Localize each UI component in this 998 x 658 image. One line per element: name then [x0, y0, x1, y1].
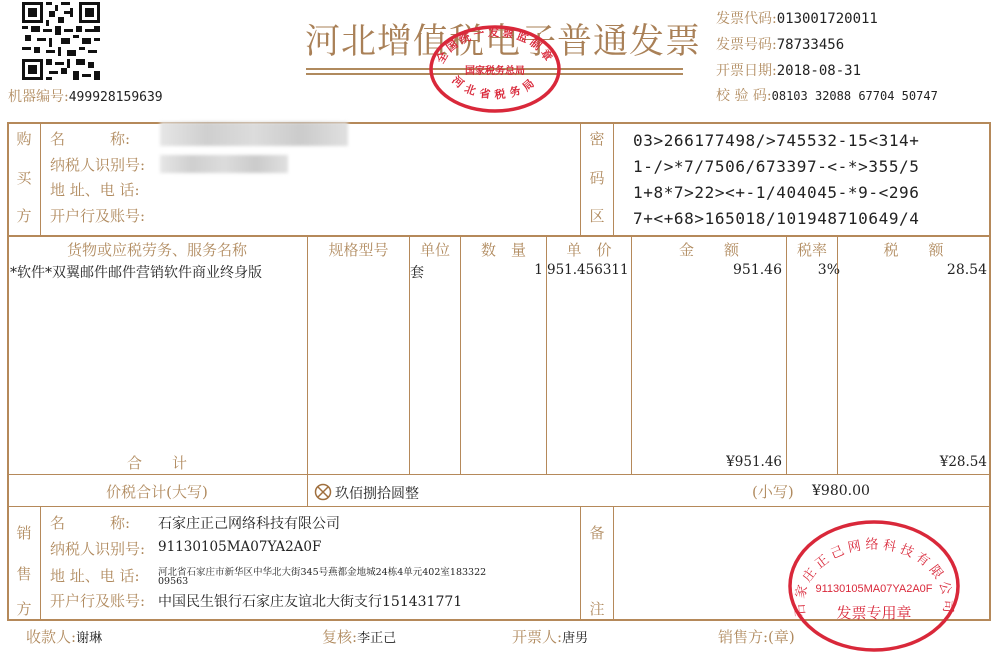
svg-text:全国统一发票监制章: 全国统一发票监制章: [433, 25, 557, 66]
col-divider-spec: [307, 236, 308, 475]
issuer: 开票人:唐男: [512, 626, 588, 647]
col-header-rate: 税率: [787, 239, 837, 260]
seller-address-line2: 09563: [158, 576, 188, 587]
password-label-divider: [613, 122, 614, 236]
buyer-tax-id-label: 纳税人识别号:: [50, 154, 145, 175]
check-code: 校 验 码:08103 32088 67704 50747: [716, 85, 938, 105]
official-stamp-middle-text: 国家税务总局: [465, 64, 525, 77]
official-stamp: 全国统一发票监制章 国家税务总局 河北省税务局: [428, 24, 562, 114]
grand-total-small-value: ¥980.00: [812, 483, 870, 499]
item-qty: 1: [461, 262, 543, 278]
total-amount: ¥951.46: [632, 454, 782, 470]
check-code-label: 校 验 码:: [716, 88, 772, 104]
cross-circle-icon: [314, 483, 332, 501]
payee-label: 收款人:: [26, 628, 76, 646]
invoice-number-value: 78733456: [777, 37, 844, 53]
seller-side-label-2: 售: [14, 563, 34, 584]
invoice-date-label: 开票日期:: [716, 63, 777, 79]
table-border-right: [989, 122, 991, 620]
buyer-name-redacted: [160, 122, 348, 146]
seller-bank: 中国民生银行石家庄友谊北大街支行151431771: [158, 591, 462, 611]
remarks-label-divider: [613, 507, 614, 620]
password-line-3: 1+8*7>22><+-1/404045-*9-<296: [633, 183, 920, 202]
seller-address: 河北省石家庄市新华区中华北大街345号燕都金地城24栋4单元402室183322: [158, 564, 486, 578]
item-amount: 951.46: [632, 262, 782, 278]
password-line-2: 1-/>*7/7506/673397-<-*>355/5: [633, 157, 920, 176]
table-border-left: [7, 122, 9, 620]
total-tax: ¥28.54: [838, 454, 987, 470]
reviewer-value: 李正己: [357, 631, 396, 646]
seller-stamp-tax-id: 91130105MA07YA2A0F: [815, 583, 932, 595]
invoice-number: 发票号码:78733456: [716, 34, 844, 54]
seller-bank-label: 开户行及账号:: [50, 590, 145, 611]
invoice-date-value: 2018-08-31: [777, 63, 861, 79]
invoice-number-label: 发票号码:: [716, 37, 777, 53]
password-line-4: 7+<+68>165018/101948710649/4: [633, 209, 920, 228]
official-stamp-bottom-text: 河北省税务局: [449, 73, 540, 102]
payee: 收款人:谢琳: [26, 626, 102, 647]
seller-side-label-3: 方: [14, 598, 34, 619]
remarks-side-label-2: 注: [587, 598, 607, 619]
invoice-date: 开票日期:2018-08-31: [716, 60, 861, 80]
grand-total-divider: [307, 475, 308, 507]
svg-text:河北省税务局: 河北省税务局: [449, 73, 540, 102]
buyer-bottom-line: [7, 235, 991, 237]
col-header-unit: 单位: [410, 239, 460, 260]
buyer-side-label-1: 购: [14, 128, 34, 149]
buyer-tax-id-redacted: [160, 155, 288, 173]
check-code-value: 08103 32088 67704 50747: [772, 89, 938, 103]
item-rate: 3%: [787, 262, 840, 278]
col-header-price: 单 价: [547, 239, 631, 260]
seller-stamp-bottom-text: 发票专用章: [836, 604, 911, 622]
invoice-code-label: 发票代码:: [716, 11, 777, 27]
invoice-code-value: 013001720011: [777, 11, 878, 27]
col-header-spec: 规格型号: [308, 239, 409, 260]
qr-code: [22, 2, 100, 80]
buyer-bank-label: 开户行及账号:: [50, 205, 145, 226]
password-side-label-2: 码: [587, 167, 607, 188]
col-header-tax: 税 额: [838, 239, 989, 260]
item-unit: 套: [410, 262, 424, 282]
issuer-label: 开票人:: [512, 628, 562, 646]
issuer-value: 唐男: [562, 631, 588, 646]
remarks-left-divider: [580, 507, 581, 620]
buyer-label-divider: [40, 122, 41, 236]
item-name: *软件*双翼邮件邮件营销软件商业终身版: [10, 262, 262, 282]
buyer-side-label-2: 买: [14, 167, 34, 188]
total-row-line: [7, 474, 991, 475]
seller-address-label: 地 址、电 话:: [50, 565, 140, 586]
seller-tax-id-label: 纳税人识别号:: [50, 538, 145, 559]
total-label: 合 计: [8, 452, 306, 473]
buyer-address-label: 地 址、电 话:: [50, 179, 140, 200]
col-header-amount: 金 额: [632, 239, 786, 260]
machine-number-label: 机器编号:: [8, 89, 69, 105]
seller-side-label-1: 销: [14, 522, 34, 543]
seller-name-label: 名 称:: [50, 512, 130, 533]
col-header-qty: 数 量: [461, 239, 546, 260]
grand-total-words: 玖佰捌拾圆整: [335, 483, 419, 503]
machine-number: 机器编号:499928159639: [8, 86, 163, 106]
password-line-1: 03>266177498/>745532-15<314+: [633, 131, 920, 150]
seller-stamp: 石家庄正己网络科技有限公司 91130105MA07YA2A0F 发票专用章: [786, 518, 962, 654]
grand-total-label: 价税合计(大写): [8, 481, 306, 502]
grand-total-bottom-line: [7, 506, 991, 507]
item-tax: 28.54: [838, 262, 987, 278]
seller-seal-label: 销售方:(章): [718, 626, 795, 647]
payee-value: 谢琳: [76, 631, 102, 646]
password-side-label-3: 区: [587, 205, 607, 226]
remarks-side-label-1: 备: [587, 522, 607, 543]
invoice-code: 发票代码:013001720011: [716, 8, 878, 28]
reviewer-label: 复核:: [322, 628, 357, 646]
table-border-top: [7, 122, 991, 124]
grand-total-small-label: (小写): [752, 481, 794, 502]
password-side-label-1: 密: [587, 128, 607, 149]
buyer-side-label-3: 方: [14, 205, 34, 226]
seller-label-divider: [40, 507, 41, 620]
machine-number-value: 499928159639: [69, 90, 163, 105]
reviewer: 复核:李正己: [322, 626, 396, 647]
item-price: 951.456311: [547, 262, 627, 278]
seller-name: 石家庄正己网络科技有限公司: [158, 513, 340, 533]
seller-tax-id: 91130105MA07YA2A0F: [158, 539, 321, 555]
official-stamp-top-text: 全国统一发票监制章: [433, 25, 557, 66]
buyer-name-label: 名 称:: [50, 128, 130, 149]
col-header-name: 货物或应税劳务、服务名称: [8, 239, 306, 260]
password-left-divider: [580, 122, 581, 236]
